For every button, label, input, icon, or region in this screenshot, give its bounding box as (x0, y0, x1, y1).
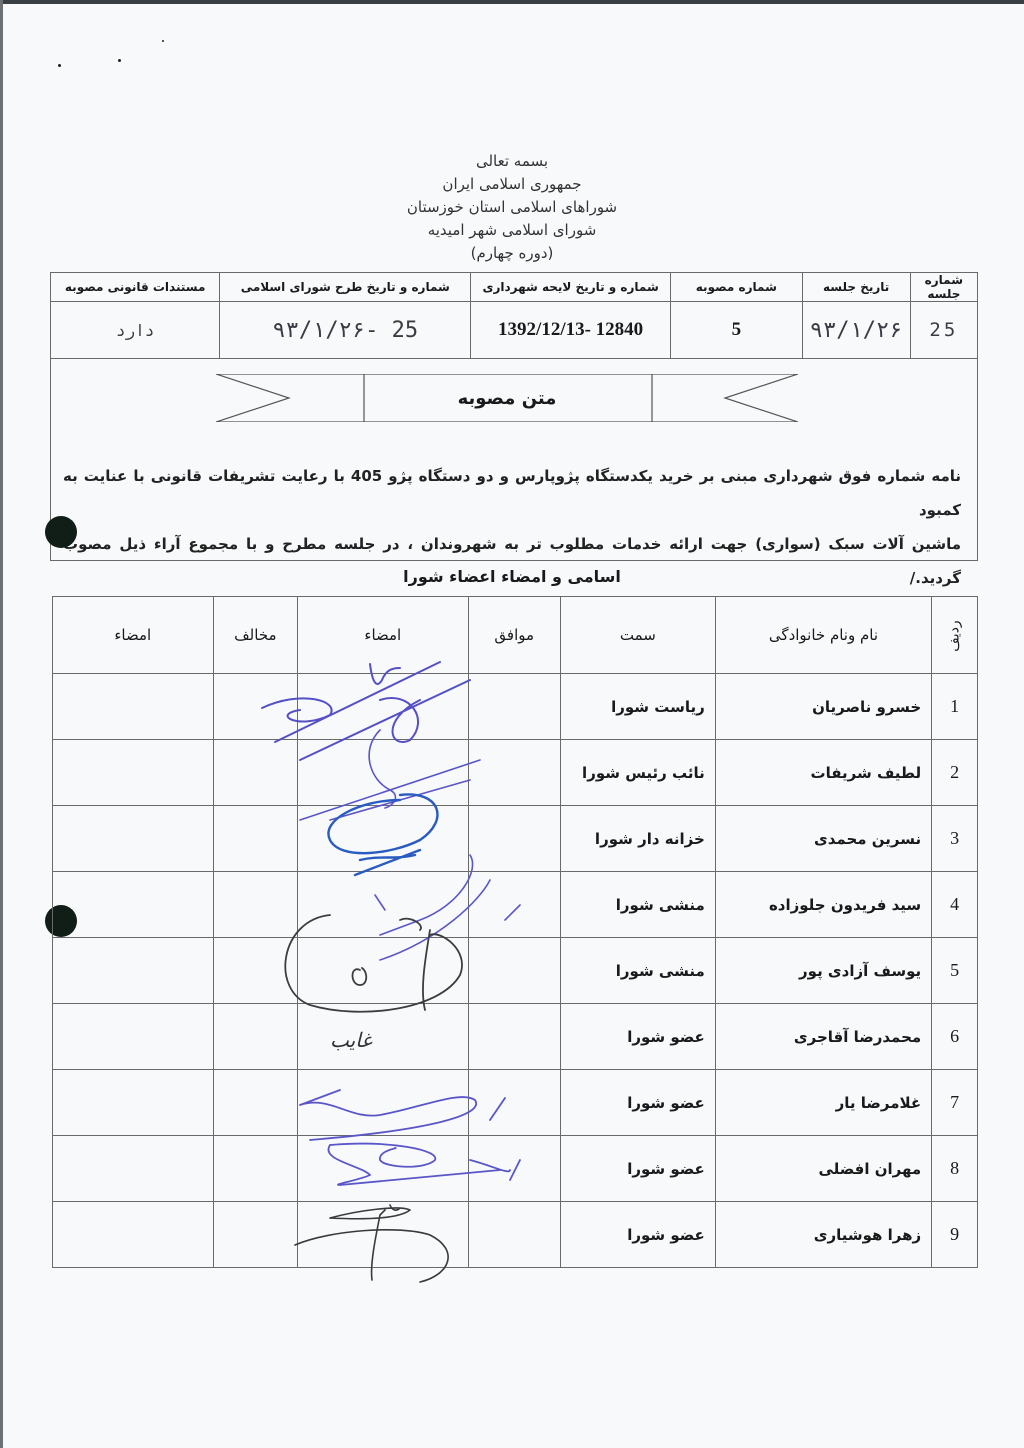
member-name: خسرو ناصریان (715, 674, 931, 740)
member-number: 3 (932, 806, 978, 872)
oppose-cell (213, 740, 298, 806)
oppose-cell (213, 674, 298, 740)
member-number: 5 (932, 938, 978, 1004)
value-municipality-bill: 1392/12/13- 12840 (471, 302, 671, 359)
oppose-cell (213, 1004, 298, 1070)
signature-cell (298, 1004, 468, 1070)
header-signature-oppose: امضاء (53, 597, 214, 674)
header-council-plan: شماره و تاریخ طرح شورای اسلامی (220, 273, 471, 302)
value-session-number: 25 (910, 302, 977, 359)
signature-cell (53, 1070, 214, 1136)
header-role: سمت (560, 597, 715, 674)
member-number: 8 (932, 1136, 978, 1202)
header-name: نام ونام خانوادگی (715, 597, 931, 674)
agree-cell (468, 872, 560, 938)
member-row: 7 غلامرضا یار عضو شورا (53, 1070, 978, 1136)
agree-cell (468, 938, 560, 1004)
value-council-plan: ۹۳/۱/۲۶- 25 (220, 302, 471, 359)
scan-speck (118, 59, 121, 62)
signature-cell (298, 740, 468, 806)
scan-speck (58, 64, 61, 67)
member-row: 2 لطیف شریفات نائب رئیس شورا (53, 740, 978, 806)
member-role: عضو شورا (560, 1070, 715, 1136)
members-header-row: ردیف نام ونام خانوادگی سمت موافق امضاء م… (53, 597, 978, 674)
punch-hole (45, 516, 77, 548)
agree-cell (468, 740, 560, 806)
signature-cell (53, 1136, 214, 1202)
header-resolution-number: شماره مصوبه (671, 273, 803, 302)
header-agree: موافق (468, 597, 560, 674)
member-role: خزانه دار شورا (560, 806, 715, 872)
header-municipality-bill: شماره و تاریخ لایحه شهرداری (471, 273, 671, 302)
signature-cell (53, 938, 214, 1004)
member-name: لطیف شریفات (715, 740, 931, 806)
member-row: 8 مهران افضلی عضو شورا (53, 1136, 978, 1202)
member-row: 6 محمدرضا آقاجری عضو شورا (53, 1004, 978, 1070)
letterhead-country: جمهوری اسلامی ایران (0, 173, 1024, 196)
oppose-cell (213, 938, 298, 1004)
resolution-text-box: متن مصوبه نامه شماره فوق شهرداری مبنی بر… (50, 357, 978, 561)
signature-cell (298, 872, 468, 938)
letterhead-city-council: شورای اسلامی شهر امیدیه (0, 219, 1024, 242)
member-name: زهرا هوشیاری (715, 1202, 931, 1268)
member-row: 3 نسرین محمدی خزانه دار شورا (53, 806, 978, 872)
letterhead-bismillah: بسمه تعالی (0, 150, 1024, 173)
info-value-row: 25 ۹۳/۱/۲۶ 5 1392/12/13- 12840 ۹۳/۱/۲۶- … (51, 302, 978, 359)
agree-cell (468, 1136, 560, 1202)
member-row: 1 خسرو ناصریان ریاست شورا (53, 674, 978, 740)
info-header-row: شماره جلسه تاریخ جلسه شماره مصوبه شماره … (51, 273, 978, 302)
members-table: ردیف نام ونام خانوادگی سمت موافق امضاء م… (52, 596, 978, 1268)
signature-cell (298, 1202, 468, 1268)
signature-cell (298, 674, 468, 740)
signature-cell (53, 806, 214, 872)
value-resolution-number: 5 (671, 302, 803, 359)
agree-cell (468, 674, 560, 740)
agree-cell (468, 1070, 560, 1136)
member-role: عضو شورا (560, 1136, 715, 1202)
signature-cell (53, 1202, 214, 1268)
signature-cell (53, 872, 214, 938)
member-name: محمدرضا آقاجری (715, 1004, 931, 1070)
header-signature-agree: امضاء (298, 597, 468, 674)
member-role: عضو شورا (560, 1004, 715, 1070)
resolution-line-1: نامه شماره فوق شهرداری مبنی بر خرید یکدس… (63, 459, 961, 527)
oppose-cell (213, 806, 298, 872)
absent-note: غایب (330, 1028, 372, 1052)
agree-cell (468, 806, 560, 872)
header-session-number: شماره جلسه (910, 273, 977, 302)
member-number: 6 (932, 1004, 978, 1070)
value-session-date: ۹۳/۱/۲۶ (802, 302, 910, 359)
member-role: ریاست شورا (560, 674, 715, 740)
value-legal-documents: دارد (51, 302, 220, 359)
header-oppose: مخالف (213, 597, 298, 674)
header-row-label: ردیف (947, 620, 963, 651)
member-row: 9 زهرا هوشیاری عضو شورا (53, 1202, 978, 1268)
oppose-cell (213, 1070, 298, 1136)
member-role: منشی شورا (560, 938, 715, 1004)
letterhead: بسمه تعالی جمهوری اسلامی ایران شوراهای ا… (0, 150, 1024, 265)
signature-cell (298, 1136, 468, 1202)
oppose-cell (213, 872, 298, 938)
signature-cell (298, 806, 468, 872)
member-number: 7 (932, 1070, 978, 1136)
signature-cell (53, 674, 214, 740)
member-row: 5 یوسف آزادی پور منشی شورا (53, 938, 978, 1004)
signature-cell (298, 938, 468, 1004)
signature-cell (53, 1004, 214, 1070)
member-name: مهران افضلی (715, 1136, 931, 1202)
member-number: 4 (932, 872, 978, 938)
member-name: غلامرضا یار (715, 1070, 931, 1136)
oppose-cell (213, 1202, 298, 1268)
member-role: نائب رئیس شورا (560, 740, 715, 806)
member-role: عضو شورا (560, 1202, 715, 1268)
member-number: 2 (932, 740, 978, 806)
scan-speck (162, 40, 164, 42)
member-name: سید فریدون جلوزاده (715, 872, 931, 938)
scan-edge-top (0, 0, 1024, 4)
header-session-date: تاریخ جلسه (802, 273, 910, 302)
agree-cell (468, 1004, 560, 1070)
member-number: 1 (932, 674, 978, 740)
member-name: یوسف آزادی پور (715, 938, 931, 1004)
member-role: منشی شورا (560, 872, 715, 938)
member-name: نسرین محمدی (715, 806, 931, 872)
signature-cell (298, 1070, 468, 1136)
resolution-banner-title: متن مصوبه (364, 374, 650, 422)
member-row: 4 سید فریدون جلوزاده منشی شورا (53, 872, 978, 938)
header-row-number: ردیف (932, 597, 978, 674)
header-legal-documents: مستندات قانونی مصوبه (51, 273, 220, 302)
member-number: 9 (932, 1202, 978, 1268)
oppose-cell (213, 1136, 298, 1202)
signature-cell (53, 740, 214, 806)
resolution-info-table: شماره جلسه تاریخ جلسه شماره مصوبه شماره … (50, 272, 978, 359)
agree-cell (468, 1202, 560, 1268)
letterhead-province-councils: شوراهای اسلامی استان خوزستان (0, 196, 1024, 219)
letterhead-term: (دوره چهارم) (0, 242, 1024, 265)
members-title: اسامی و امضاء اعضاء شورا (0, 567, 1024, 586)
